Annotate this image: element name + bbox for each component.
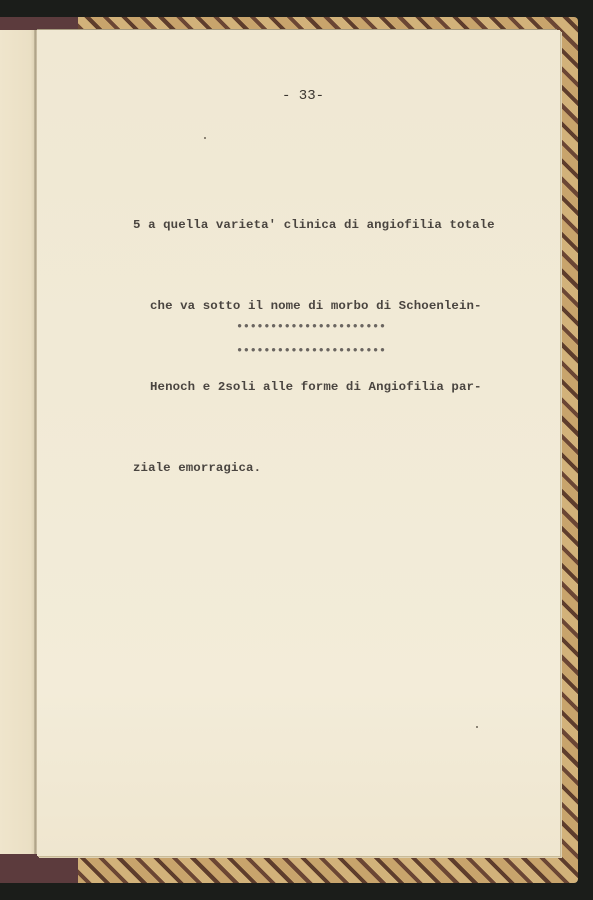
previous-page-edge: [0, 30, 36, 854]
separator-row: ••••••••••••••••••••••: [236, 323, 386, 331]
paragraph-line: 5 a quella varieta' clinica di angiofili…: [133, 212, 495, 239]
paragraph-line: Henoch e 2soli alle forme di Angiofilia …: [135, 374, 495, 401]
separator-row: ••••••••••••••••••••••: [236, 347, 386, 355]
paper-speck: [476, 726, 478, 728]
paper-speck: [204, 137, 206, 139]
page-number: - 33-: [282, 88, 324, 104]
dotted-separator: •••••••••••••••••••••• •••••••••••••••••…: [236, 307, 386, 363]
paragraph-line: ziale emorragica.: [133, 455, 495, 482]
